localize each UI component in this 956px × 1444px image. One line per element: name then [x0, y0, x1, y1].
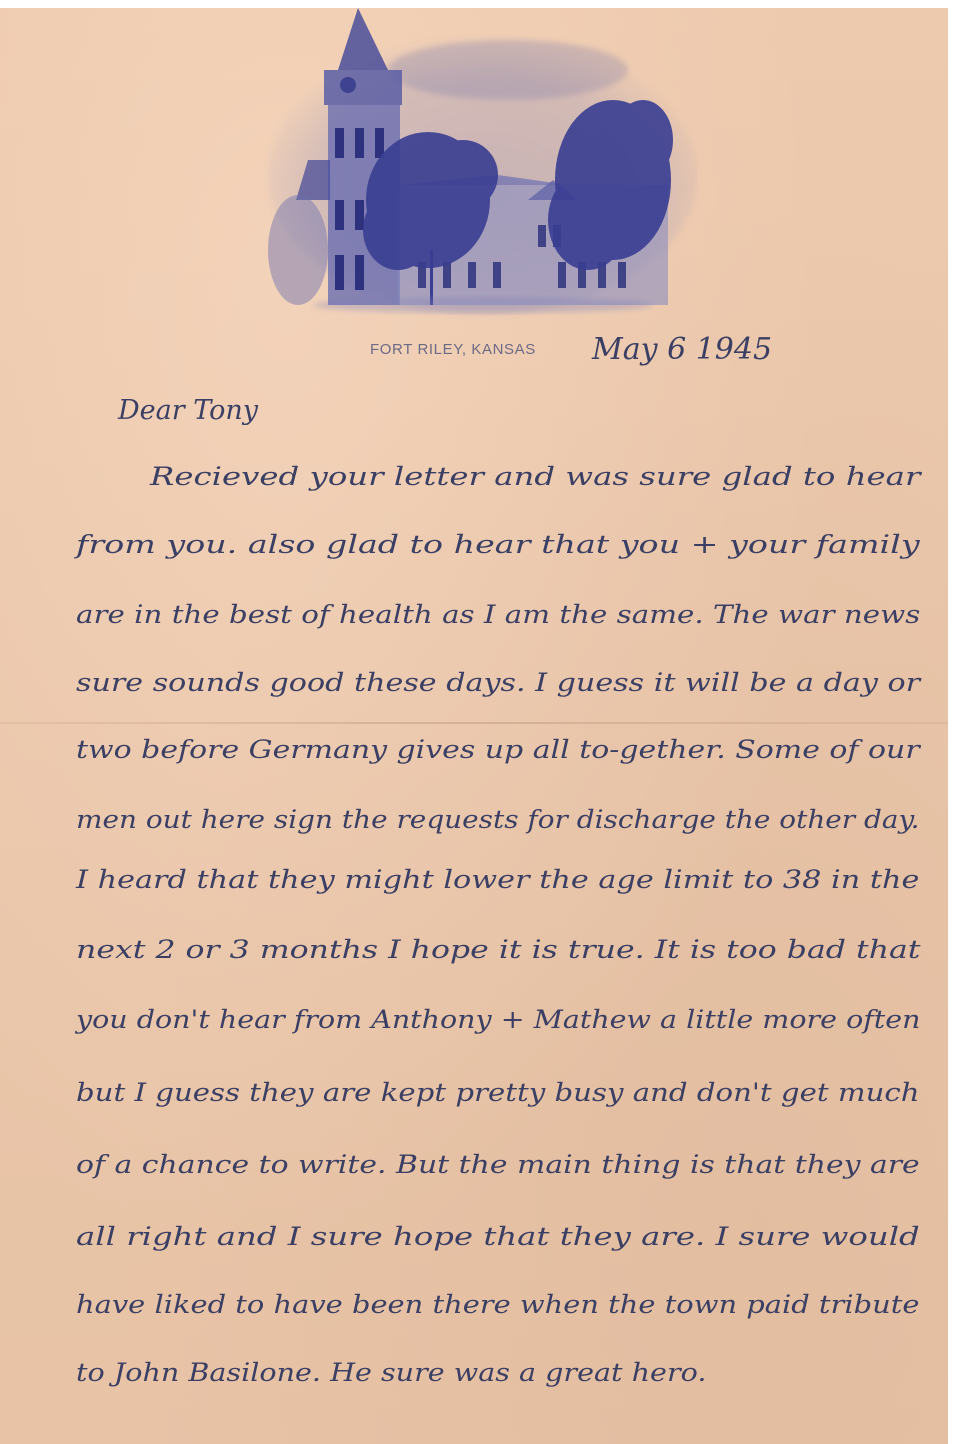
letter-line: Recieved your letter and was sure glad t…	[150, 462, 920, 491]
letter-date: May 6 1945	[592, 332, 772, 367]
letter-line: I heard that they might lower the age li…	[76, 865, 919, 894]
fort-riley-building-icon	[258, 0, 698, 320]
paper-fold-line	[0, 722, 948, 724]
letter-line: from you. also glad to hear that you + y…	[76, 530, 920, 559]
letter-line: next 2 or 3 months I hope it is true. It…	[76, 935, 920, 964]
letter-salutation: Dear Tony	[118, 395, 258, 426]
letter-line: sure sounds good these days. I guess it …	[76, 668, 920, 697]
letter-line: men out here sign the requests for disch…	[76, 805, 919, 834]
letter-line: are in the best of health as I am the sa…	[76, 600, 920, 629]
letter-line: you don't hear from Anthony + Mathew a l…	[76, 1005, 920, 1034]
letter-line: but I guess they are kept pretty busy an…	[76, 1078, 920, 1107]
letterhead-caption: FORT RILEY, KANSAS	[370, 341, 536, 358]
letter-line: have liked to have been there when the t…	[76, 1290, 919, 1319]
letter-line: to John Basilone. He sure was a great he…	[76, 1358, 706, 1387]
letter-line: all right and I sure hope that they are.…	[76, 1222, 920, 1251]
letterhead-illustration	[258, 0, 698, 320]
letter-line: two before Germany gives up all to-gethe…	[76, 735, 920, 764]
letter-line: of a chance to write. But the main thing…	[76, 1150, 920, 1179]
